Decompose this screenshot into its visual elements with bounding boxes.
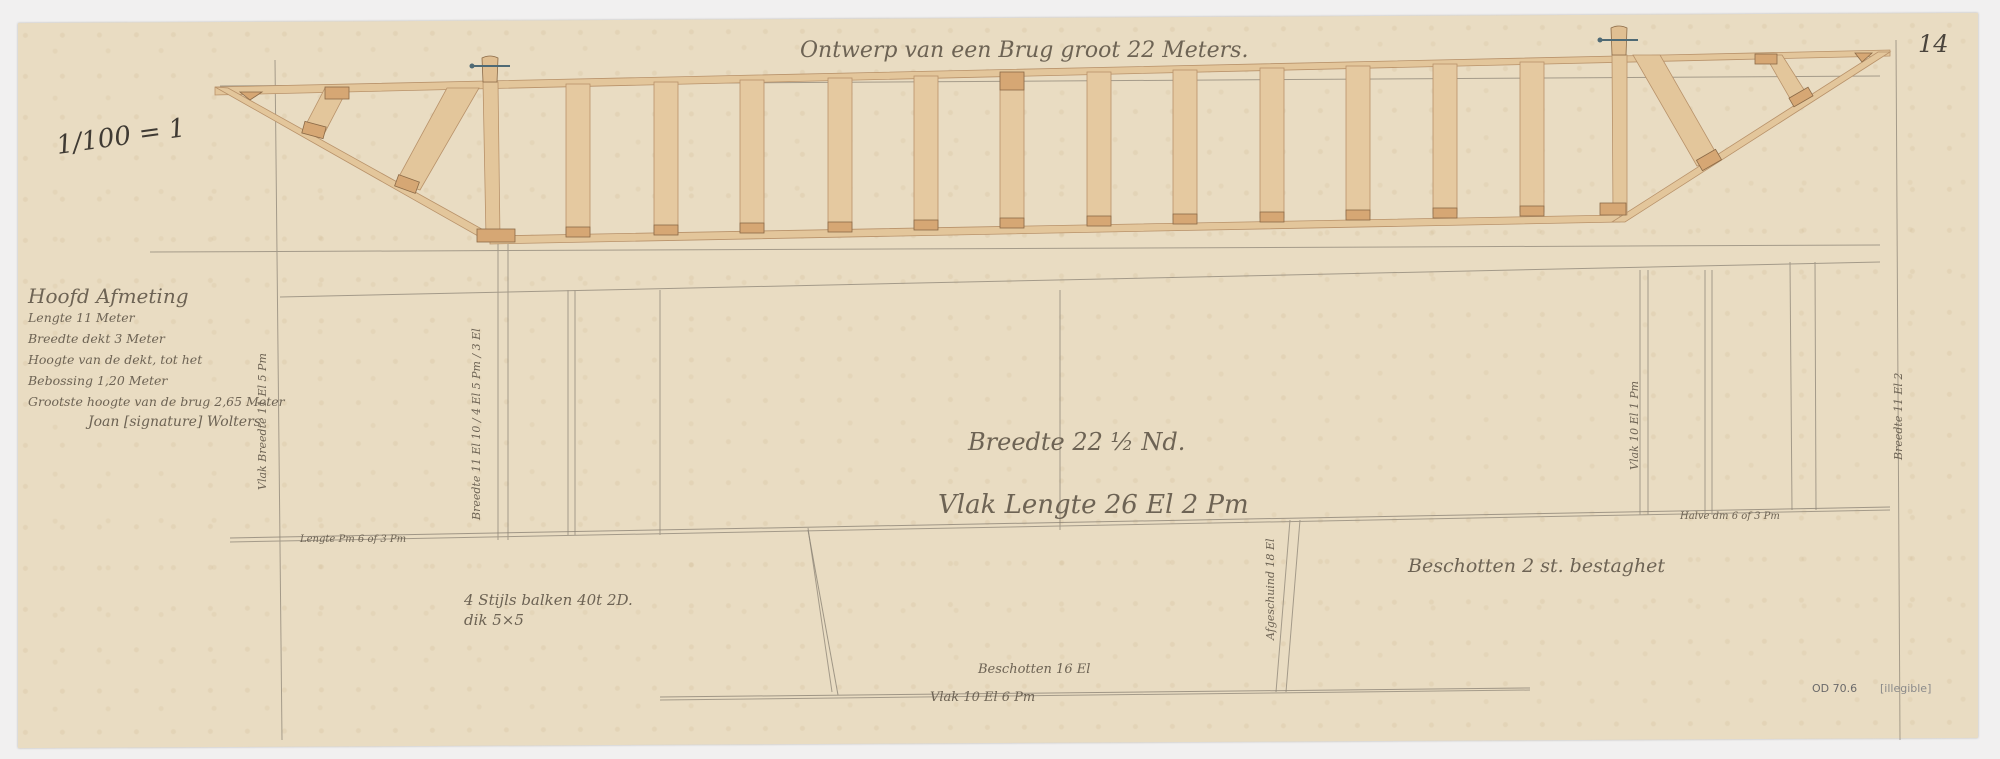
planking-length-note: Beschotten 16 El [978,662,1090,677]
plan-width-note: Breedte 22 ½ Nd. [968,428,1185,456]
dimensions-legend: Hoofd Afmeting Lengte 11 Meter Breedte d… [28,286,285,433]
diagonal-note: Afgeschuind 18 El [1264,538,1277,640]
sheet-number: 14 [1918,30,1949,58]
legend-heading: Hoofd Afmeting [28,286,285,307]
legend-line: Hoogte van de dekt, tot het [28,349,285,370]
truss-drawing [0,0,2000,759]
drawing-title: Ontwerp van een Brug groot 22 Meters. [800,38,1248,63]
planking-note: Beschotten 2 st. bestaghet [1408,555,1665,577]
base-length-note: Vlak 10 El 6 Pm [930,690,1035,705]
vertical-note-right-inner: Vlak 10 El 1 Pm [1628,381,1641,470]
legend-line: Breedte dekt 3 Meter [28,328,285,349]
left-dimension-note: Lengte Pm 6 of 3 Pm [300,534,406,545]
vertical-note-left-outer: Vlak Breedte 11 El 5 Pm [256,353,269,490]
legend-line: Lengte 11 Meter [28,307,285,328]
plan-length-note: Vlak Lengte 26 El 2 Pm [938,490,1249,520]
beams-note: 4 Stijls balken 40t 2D. dik 5×5 [464,590,644,630]
vertical-note-left-inner: Breedte 11 El 10 / 4 El 5 Pm / 3 El [470,328,483,520]
vertical-note-right-outer: Breedte 11 El 2 [1892,373,1905,460]
archive-stamp: [illegible] [1880,682,1931,695]
right-dimension-note: Halve dm 6 of 3 Pm [1680,511,1780,522]
legend-line: Grootste hoogte van de brug 2,65 Meter [28,391,285,412]
archive-catalog-number: OD 70.6 [1812,682,1857,695]
legend-line: Bebossing 1,20 Meter [28,370,285,391]
